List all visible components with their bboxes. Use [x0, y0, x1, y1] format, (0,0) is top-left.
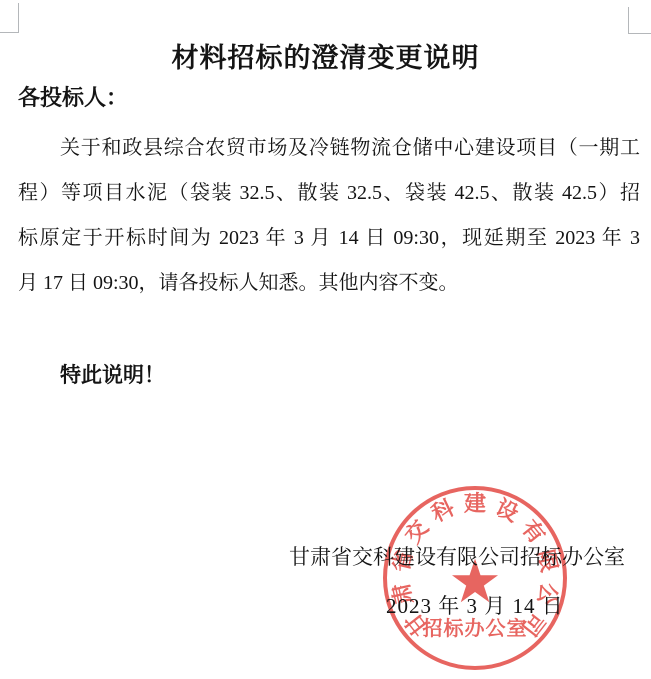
margin-crop-mark-top-right [628, 7, 629, 34]
seal-bottom-text: 招标办公室 [379, 617, 571, 641]
official-seal: 甘肃省交科建设有限公司 ★ 招标办公室 [379, 482, 571, 674]
notice-title: 材料招标的澄清变更说明 [0, 36, 651, 80]
body-line: 程）等项目水泥（袋装 32.5、散装 32.5、袋装 42.5、散装 42.5）… [18, 171, 640, 216]
body-line: 关于和政县综合农贸市场及冷链物流仓储中心建设项目（一期工 [18, 126, 640, 171]
body-line: 月 17 日 09:30，请各投标人知悉。其他内容不变。 [18, 261, 640, 306]
seal-ring-char: 建 [463, 492, 487, 516]
margin-crop-mark-top-left [18, 3, 19, 33]
body-line: 标原定于开标时间为 2023 年 3 月 14 日 09:30，现延期至 202… [18, 216, 640, 261]
margin-crop-mark-top-left [0, 32, 19, 33]
signature-org: 甘肃省交科建设有限公司招标办公室 [289, 545, 625, 569]
closing-statement: 特此说明！ [60, 361, 165, 389]
document-page: 材料招标的澄清变更说明 各投标人： 关于和政县综合农贸市场及冷链物流仓储中心建设… [0, 0, 651, 679]
margin-crop-mark-top-right [628, 33, 651, 34]
signature-date: 2023 年 3 月 14 日 [386, 594, 564, 618]
notice-paragraph: 关于和政县综合农贸市场及冷链物流仓储中心建设项目（一期工 程）等项目水泥（袋装 … [18, 126, 640, 306]
salutation: 各投标人： [18, 84, 128, 112]
